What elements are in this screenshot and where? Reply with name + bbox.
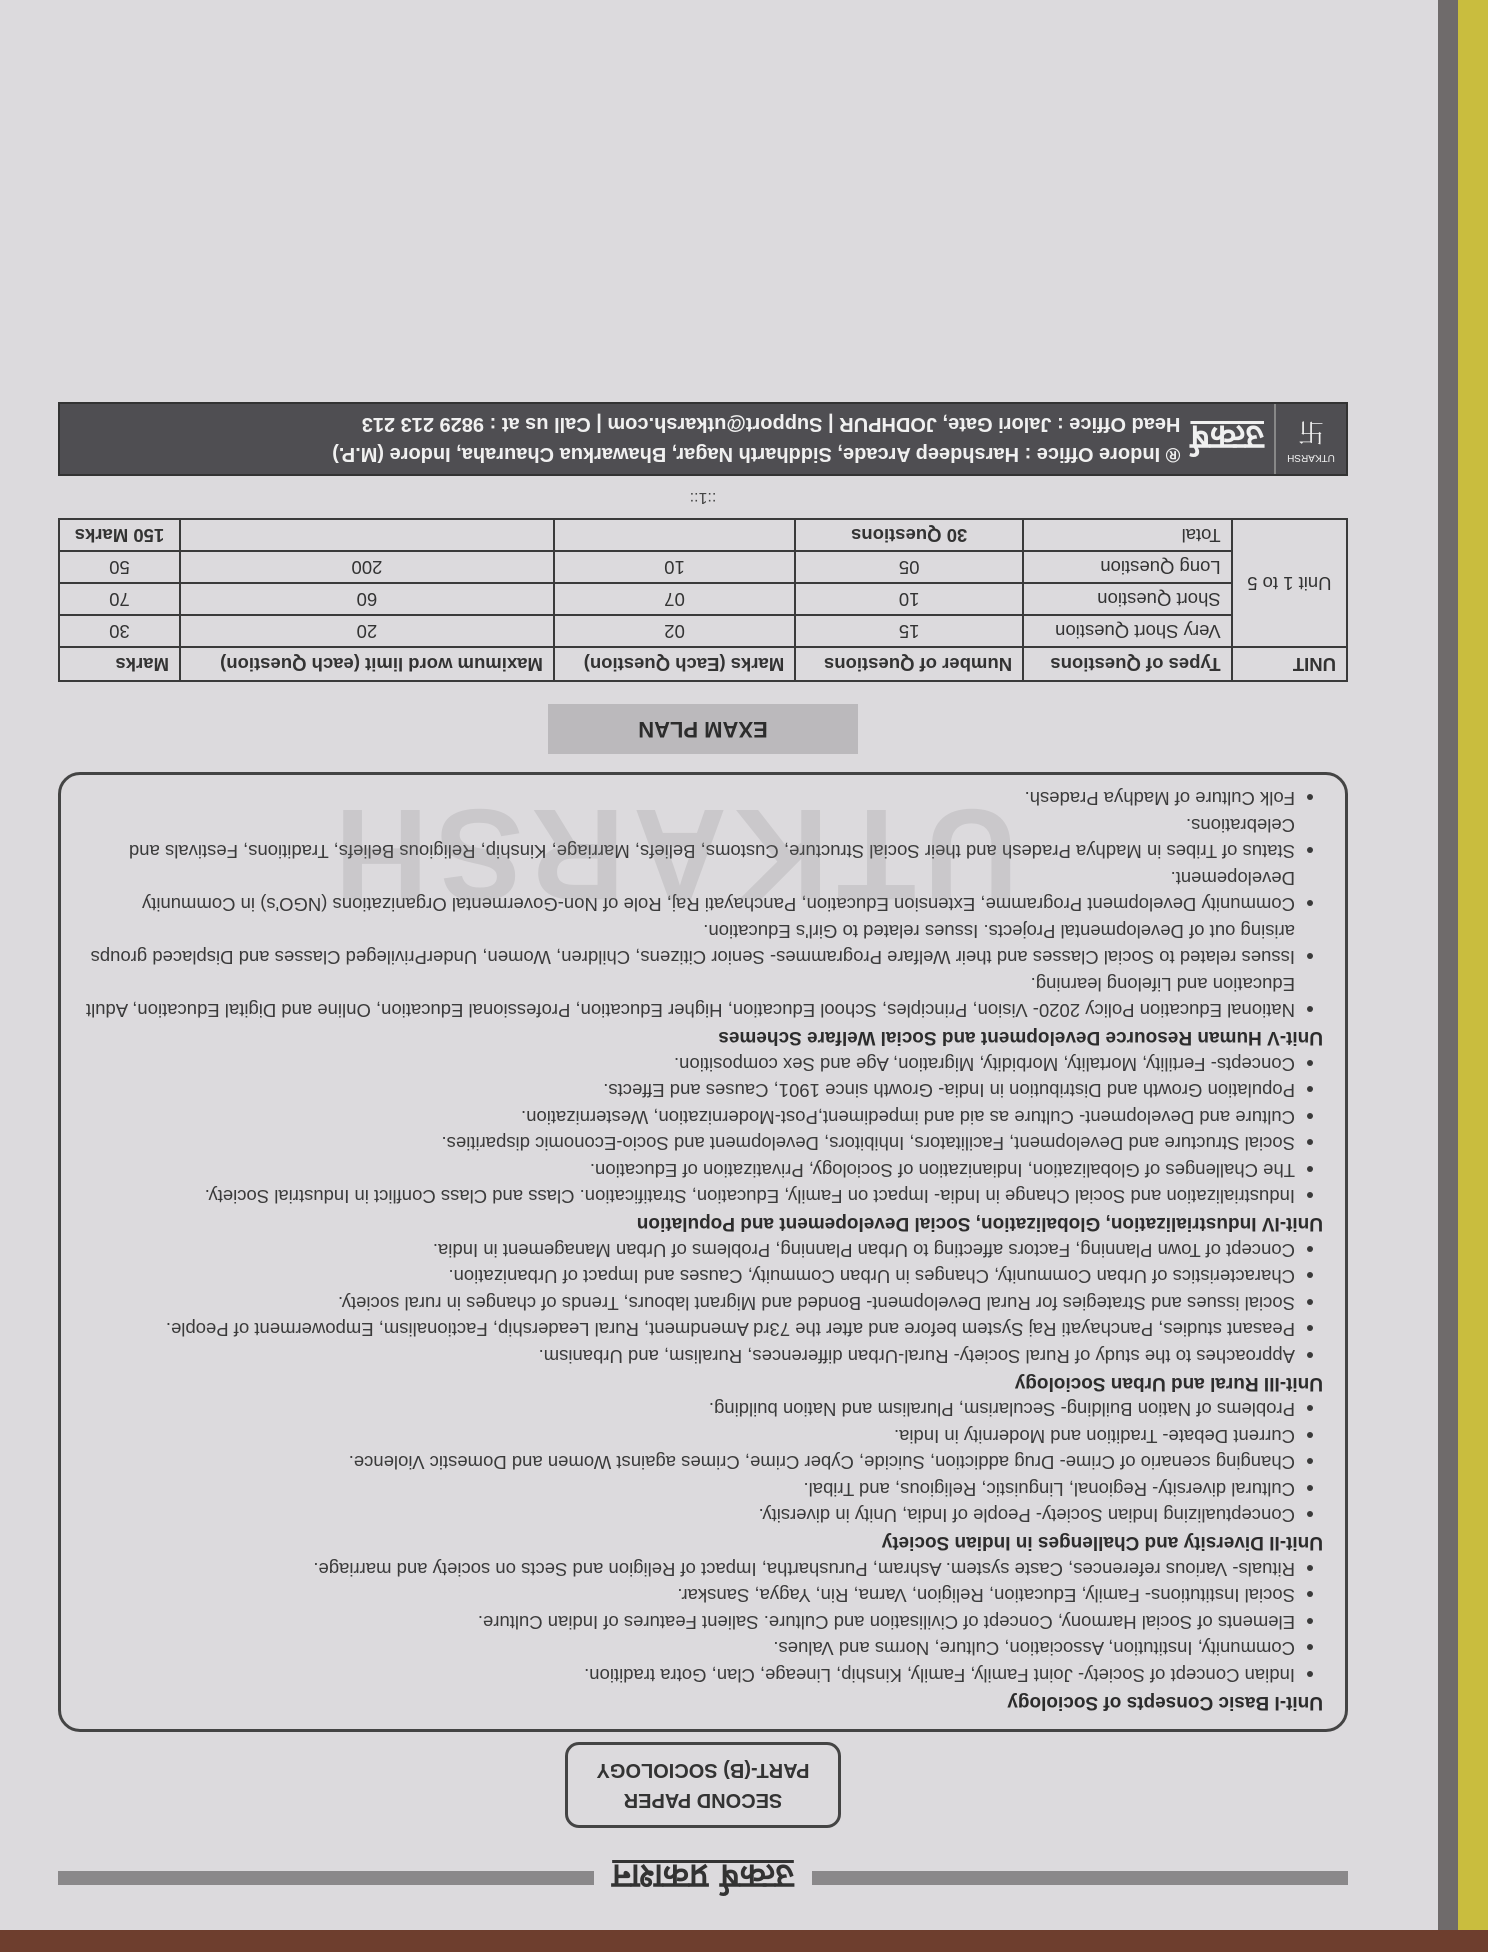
total-number: 30 Questions	[795, 519, 1023, 551]
footer-brand: उत्कर्ष	[1180, 404, 1274, 474]
topic-item: Population Growth and Distribution in In…	[83, 1077, 1295, 1104]
topic-item: Problems of Nation Building- Secularism,…	[83, 1396, 1295, 1423]
cell-marks-each: 02	[554, 615, 795, 647]
brand-header: उत्कर्ष प्रकाशन	[58, 1848, 1348, 1908]
topic-item: Conceptualizing Indian Society- People o…	[83, 1502, 1295, 1529]
document-page: उत्कर्ष प्रकाशन SECOND PAPER PART-(B) SO…	[0, 0, 1438, 1930]
cell-marks: 70	[59, 583, 180, 615]
head-office-contact: Head Office : Jalori Gate, JODHPUR | Sup…	[332, 409, 1180, 439]
cell-type: Long Question	[1023, 551, 1232, 583]
unit-cell: Unit 1 to 5	[1232, 519, 1347, 647]
topic-item: Current Debate- Tradition and Modernity …	[83, 1423, 1295, 1450]
cell-marks: 50	[59, 551, 180, 583]
cell-word-limit: 200	[180, 551, 554, 583]
cell-type: Short Question	[1023, 583, 1232, 615]
unit-heading: Unit-I Basic Consepts of Sociology	[83, 1691, 1323, 1713]
cell-word-limit: 20	[180, 615, 554, 647]
header-rule-right	[58, 1871, 594, 1885]
cell-number: 10	[795, 583, 1023, 615]
unit-heading: Unit-III Rural and Urban Sociology	[83, 1372, 1323, 1394]
topic-item: Characteristics of Urban Community, Chan…	[83, 1263, 1295, 1290]
unit-heading: Unit-V Human Resource Development and So…	[83, 1027, 1323, 1049]
paper-title-line1: SECOND PAPER	[568, 1785, 838, 1815]
topic-item: Indian Concept of Society- Joint Family,…	[83, 1662, 1295, 1689]
topic-item: Culture and Development- Culture as aid …	[83, 1104, 1295, 1131]
indore-office-address: ® Indore Office : Harshdeep Arcade, Sidd…	[332, 439, 1180, 469]
unit-heading: Unit-II Diversity and Challenges in Indi…	[83, 1532, 1323, 1554]
swastik-icon: 卐	[1298, 415, 1324, 452]
binder-yellow-edge	[1458, 0, 1488, 1952]
topic-list: Industrialization and Social Change in I…	[83, 1051, 1323, 1210]
table-surface	[0, 1930, 1488, 1952]
caption-text: UTKARSH	[1287, 452, 1335, 463]
cell-number: 15	[795, 615, 1023, 647]
topic-item: Peasant studies, Panchayati Raj System b…	[83, 1316, 1295, 1343]
cell-number: 05	[795, 551, 1023, 583]
topic-item: Community, Institution, Association, Cul…	[83, 1635, 1295, 1662]
table-row: Long Question051020050	[59, 551, 1347, 583]
table-row: Short Question10076070	[59, 583, 1347, 615]
page-number: ::1::	[58, 488, 1348, 506]
unit-heading: Unit-IV Industrialization, Globalization…	[83, 1213, 1323, 1235]
cell-word-limit: 60	[180, 583, 554, 615]
topic-item: Community Development Programme, Extensi…	[83, 865, 1295, 918]
header-rule-left	[812, 1871, 1348, 1885]
topic-item: Concept of Town Planning, Factors affect…	[83, 1237, 1295, 1264]
syllabus-box: Unit-I Basic Consepts of SociologyIndian…	[58, 772, 1348, 1732]
topic-item: Changing scenario of Crime- Drug addicti…	[83, 1449, 1295, 1476]
topic-list: Approaches to the study of Rural Society…	[83, 1237, 1323, 1370]
topic-item: Industrialization and Social Change in I…	[83, 1183, 1295, 1210]
cell-type: Very Short Question	[1023, 615, 1232, 647]
topic-item: Elements of Social Harmony, Concept of C…	[83, 1609, 1295, 1636]
total-label: Total	[1023, 519, 1232, 551]
topic-item: National Education Policy 2020- Vision, …	[83, 971, 1295, 1024]
footer-contact: ® Indore Office : Harshdeep Arcade, Sidd…	[332, 404, 1180, 474]
topic-list: Conceptualizing Indian Society- People o…	[83, 1396, 1323, 1529]
cell-marks-each: 07	[554, 583, 795, 615]
column-header: UNIT	[1232, 647, 1347, 681]
column-header: Number of Questions	[795, 647, 1023, 681]
topic-item: Cultural diversity- Regional, Linguistic…	[83, 1476, 1295, 1503]
footer-bar: UTKARSH 卐 उत्कर्ष ® Indore Office : Hars…	[58, 402, 1348, 476]
table-header-row: UNITTypes of QuestionsNumber of Question…	[59, 647, 1347, 681]
topic-item: Folk Culture of Madhya Pradesh.	[83, 785, 1295, 812]
topic-item: Issues related to Social Classes and the…	[83, 918, 1295, 971]
cell-marks-each: 10	[554, 551, 795, 583]
topic-item: Concepts- Fertility, Mortality, Morbidit…	[83, 1051, 1295, 1078]
topic-item: Rituals- Various references, Caste syste…	[83, 1556, 1295, 1583]
column-header: Marks (Each Question)	[554, 647, 795, 681]
empty-cell	[554, 519, 795, 551]
topic-item: Social Structure and Development, Facili…	[83, 1130, 1295, 1157]
exam-plan-title: EXAM PLAN	[548, 704, 858, 754]
empty-cell	[180, 519, 554, 551]
topic-item: The Challenges of Globalization, Indiani…	[83, 1157, 1295, 1184]
topic-item: Approaches to the study of Rural Society…	[83, 1343, 1295, 1370]
cell-marks: 30	[59, 615, 180, 647]
topic-item: Social Institutions- Family, Education, …	[83, 1582, 1295, 1609]
brand-logo: उत्कर्ष प्रकाशन	[612, 1855, 794, 1901]
total-marks: 150 Marks	[59, 519, 180, 551]
table-row: Unit 1 to 5Very Short Question15022030	[59, 615, 1347, 647]
column-header: Maximum word limit (each Question)	[180, 647, 554, 681]
column-header: Marks	[59, 647, 180, 681]
topic-list: Indian Concept of Society- Joint Family,…	[83, 1556, 1323, 1689]
paper-title-line2: PART-(B) SOCIOLOGY	[568, 1755, 838, 1785]
total-row: Total30 Questions150 Marks	[59, 519, 1347, 551]
exam-plan-table: UNITTypes of QuestionsNumber of Question…	[58, 518, 1348, 682]
paper-title-box: SECOND PAPER PART-(B) SOCIOLOGY	[565, 1742, 841, 1828]
topic-item: Social issues and Strategies for Rural D…	[83, 1290, 1295, 1317]
column-header: Types of Questions	[1023, 647, 1232, 681]
topic-list: National Education Policy 2020- Vision, …	[83, 785, 1323, 1024]
topic-item: Status of Tribes in Madhya Pradesh and t…	[83, 812, 1295, 865]
footer-logo: UTKARSH 卐	[1274, 404, 1346, 474]
